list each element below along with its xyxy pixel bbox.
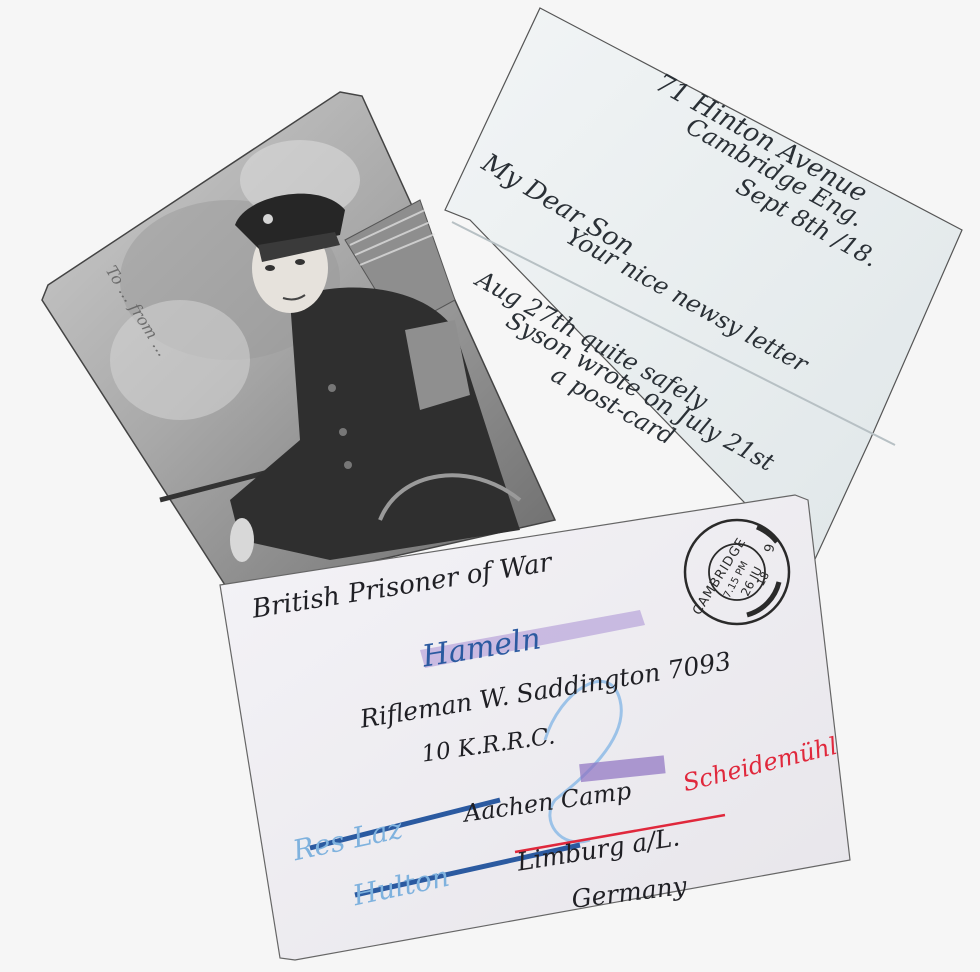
scene-shapes (0, 0, 980, 972)
